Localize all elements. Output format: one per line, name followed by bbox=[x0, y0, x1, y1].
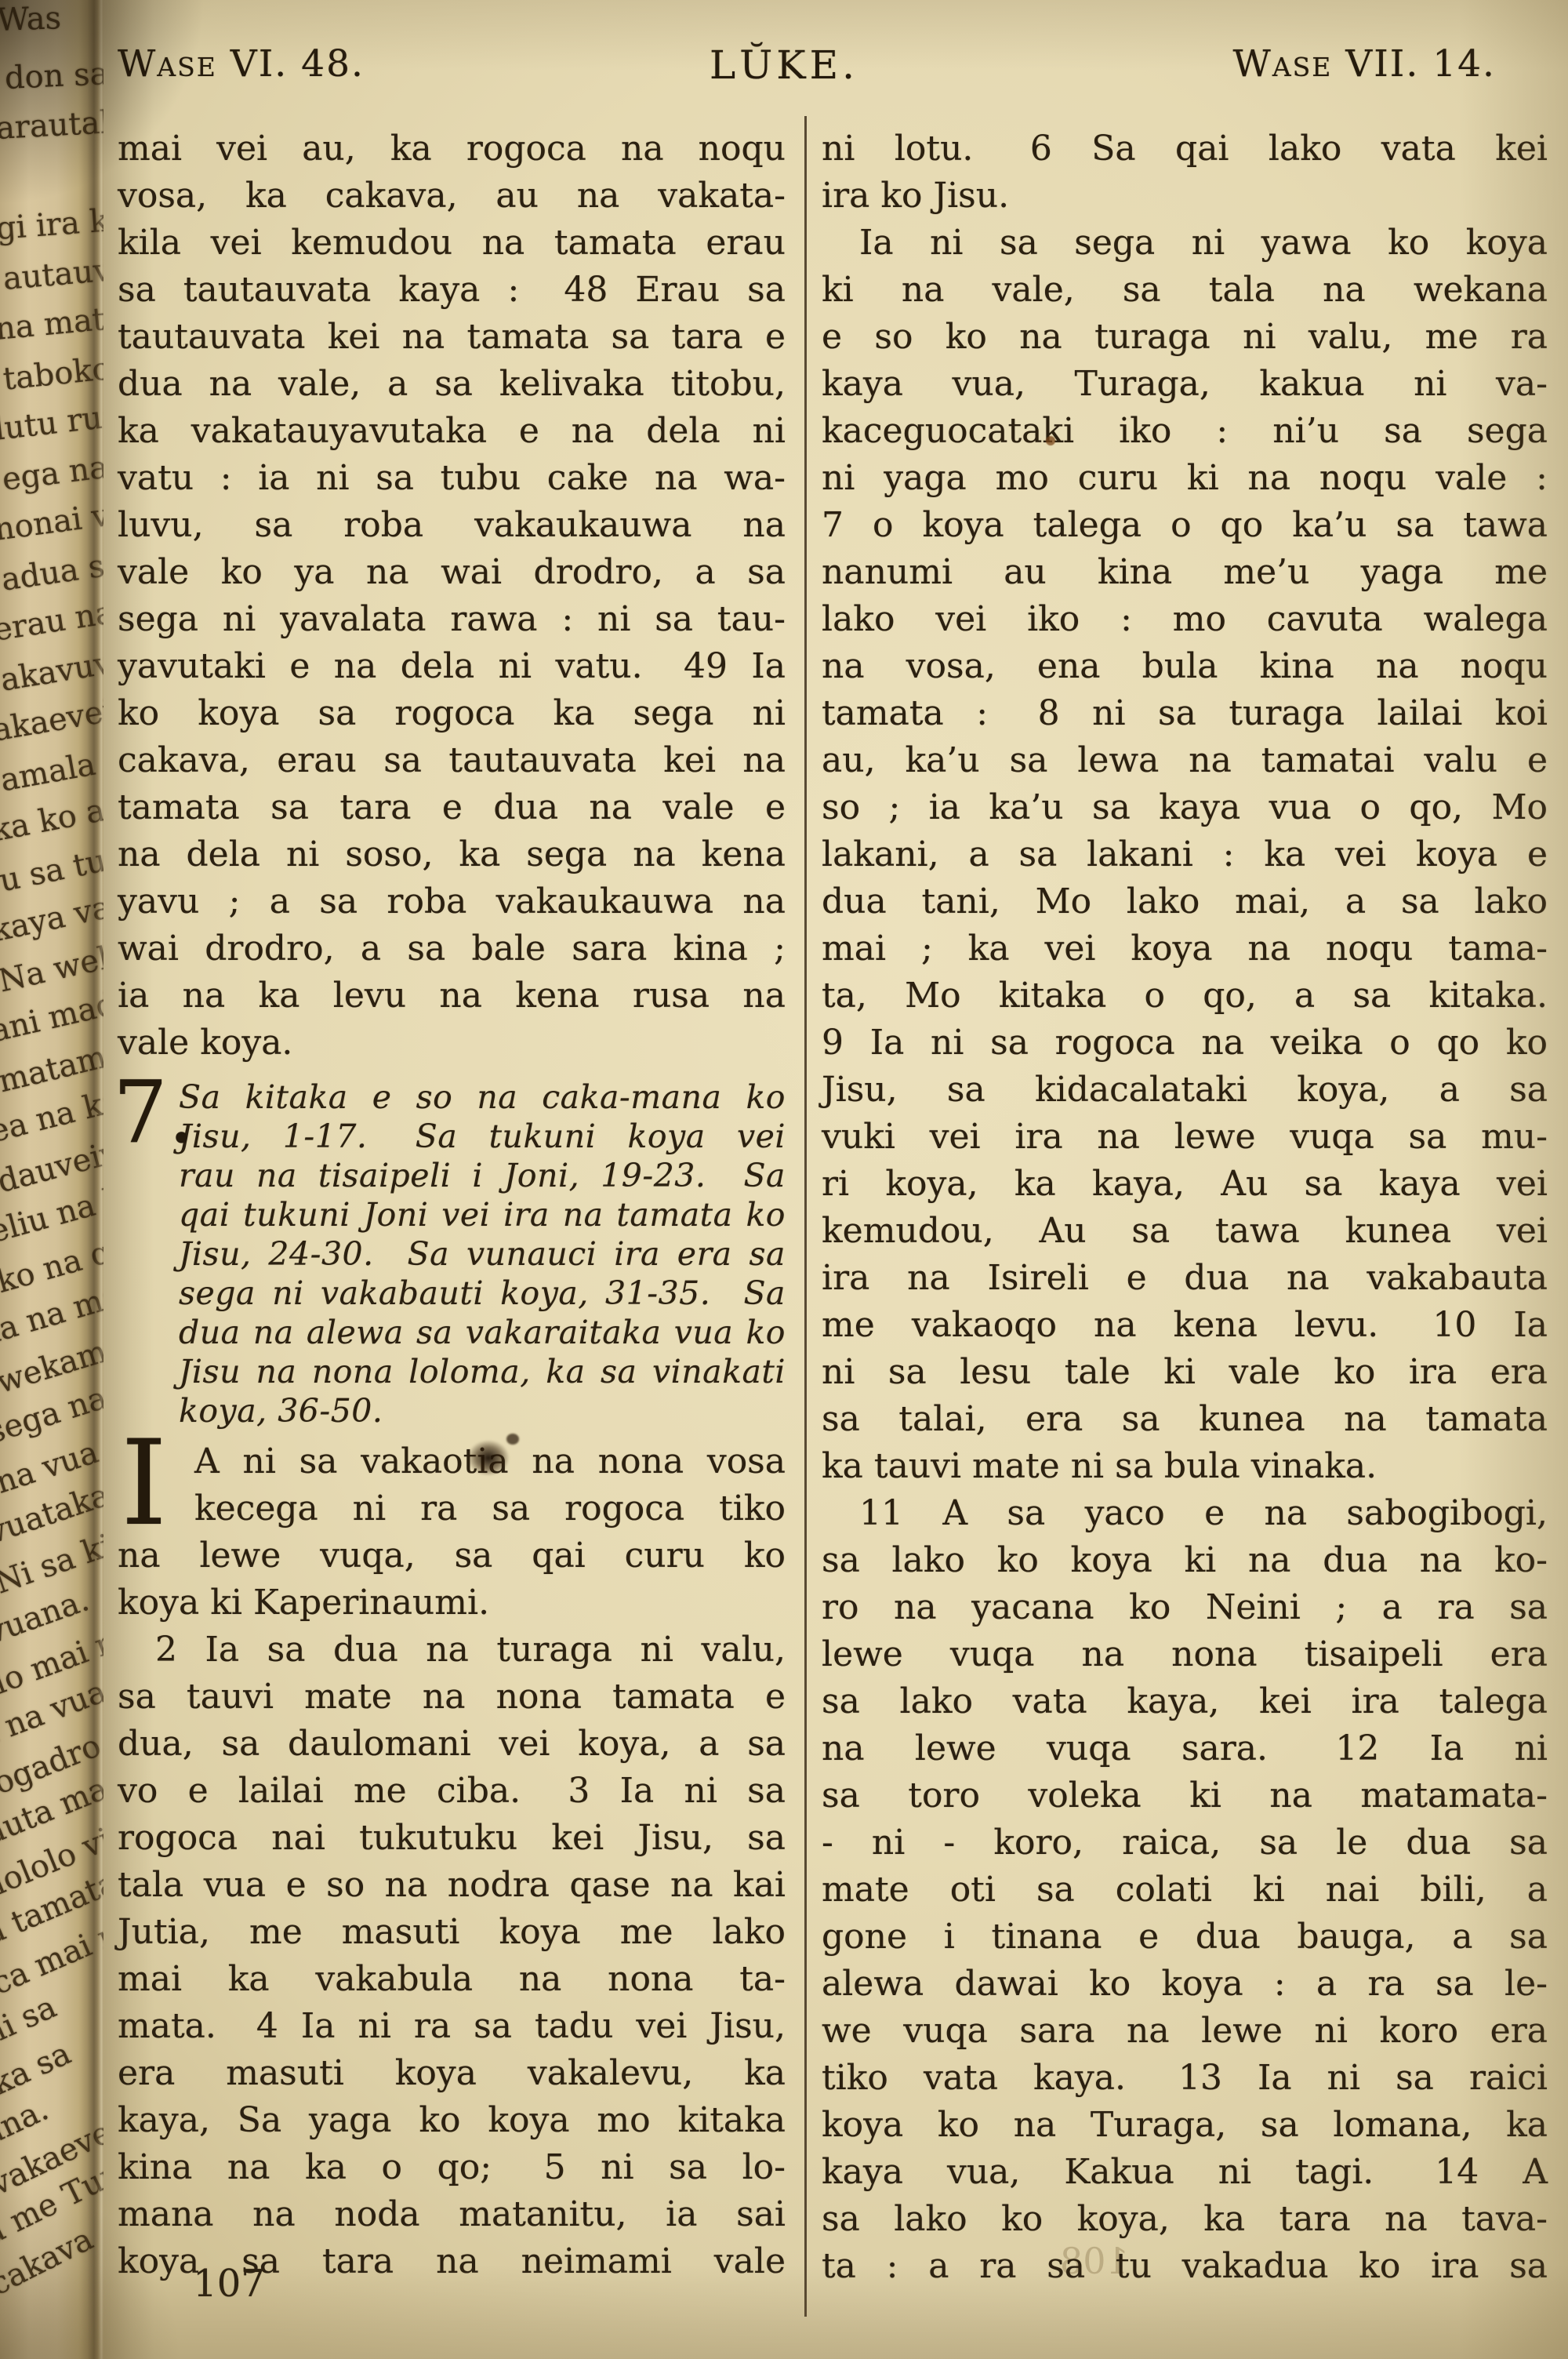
summary-line: Sa kitaka e so na caka-mana ko bbox=[179, 1078, 786, 1117]
summary-line: dua na alewa sa vakaraitaka vua ko bbox=[179, 1313, 786, 1352]
text-line: sega ni yavalata rawa : ni sa tau- bbox=[118, 596, 786, 643]
edge-text-fragment: Was bbox=[0, 2, 62, 36]
text-line: vo e lailai me ciba. 3 Ia ni sa bbox=[118, 1768, 786, 1815]
text-line: 11 A sa yaco e na sabogibogi, bbox=[822, 1490, 1548, 1537]
summary-line: sega ni vakabauti koya, 31-35. Sa bbox=[179, 1274, 786, 1313]
text-line: lako vei iko : mo cavuta walega bbox=[822, 596, 1548, 643]
text-line: Ia ni sa sega ni yawa ko koya bbox=[822, 220, 1548, 267]
text-line: mai ka vakabula na nona ta- bbox=[118, 1956, 786, 2003]
text-line: kemudou, Au sa tawa kunea vei bbox=[822, 1208, 1548, 1255]
text-line: ira ko Jisu. bbox=[822, 173, 1548, 220]
text-line: koya ko na Turaga, sa lomana, ka bbox=[822, 2102, 1548, 2149]
left-paragraph-2: I A ni sa vakaotia na nona vosakecega ni… bbox=[118, 1438, 786, 2285]
text-line: 7 o koya talega o qo ka’u sa tawa bbox=[822, 502, 1548, 549]
right-column: ni lotu. 6 Sa qai lako vata keiira ko Ji… bbox=[822, 125, 1548, 2290]
text-line: dua na vale, a sa kelivaka titobu, bbox=[118, 361, 786, 408]
right-column-lines: ni lotu. 6 Sa qai lako vata keiira ko Ji… bbox=[822, 125, 1548, 2290]
facing-page-edge: Wasdon saarautakigi ira koautauvatana ma… bbox=[0, 0, 103, 2359]
text-line: ka tauvi mate ni sa bula vinaka. bbox=[822, 1443, 1548, 1490]
text-line: ro na yacana ko Neini ; a ra sa bbox=[822, 1584, 1548, 1631]
text-line: lakani, a sa lakani : ka vei koya e bbox=[822, 831, 1548, 878]
text-line: tamata : 8 ni sa turaga lailai koi bbox=[822, 690, 1548, 737]
text-line: ia na ka levu na kena rusa na bbox=[118, 972, 786, 1020]
text-line: gone i tinana e dua bauga, a sa bbox=[822, 1914, 1548, 1961]
left-paragraph-2-lines: A ni sa vakaotia na nona vosakecega ni r… bbox=[118, 1438, 786, 2285]
page-number: 107 bbox=[111, 2262, 347, 2306]
text-line: dua, sa daulomani vei koya, a sa bbox=[118, 1721, 786, 1768]
summary-line: Jisu, 1-17. Sa tukuni koya vei bbox=[179, 1117, 786, 1156]
text-line: rogoca nai tukutuku kei Jisu, sa bbox=[118, 1815, 786, 1862]
text-line: ni lotu. 6 Sa qai lako vata kei bbox=[822, 125, 1548, 173]
text-line: tala vua e so na nodra qase na kai bbox=[118, 1862, 786, 1909]
summary-line: qai tukuni Joni vei ira na tamata ko bbox=[179, 1195, 786, 1234]
text-line: vatu : ia ni sa tubu cake na wa- bbox=[118, 455, 786, 502]
page-fold-shadow-icon bbox=[78, 0, 103, 2359]
left-column: mai vei au, ka rogoca na noquvosa, ka ca… bbox=[118, 125, 786, 2285]
text-line: ta, Mo kitaka o qo, a sa kitaka. bbox=[822, 972, 1548, 1020]
text-line: 9 Ia ni sa rogoca na veika o qo ko bbox=[822, 1020, 1548, 1067]
chapter-summary-lines: Sa kitaka e so na caka-mana koJisu, 1-17… bbox=[179, 1078, 786, 1430]
text-line: vosa, ka cakava, au na vakata- bbox=[118, 173, 786, 220]
text-line: mai ; ka vei koya na noqu tama- bbox=[822, 925, 1548, 972]
text-line: tamata sa tara e dua na vale e bbox=[118, 784, 786, 831]
text-line: ni sa lesu tale ki vale ko ira era bbox=[822, 1349, 1548, 1396]
text-line: mai vei au, ka rogoca na noqu bbox=[118, 125, 786, 173]
text-line: tautauvata kei na tamata sa tara e bbox=[118, 314, 786, 361]
summary-line: Jisu na nona loloma, ka sa vinakati bbox=[179, 1352, 786, 1391]
text-line: vale ko ya na wai drodro, a sa bbox=[118, 549, 786, 596]
text-line: tiko vata kaya. 13 Ia ni sa raici bbox=[822, 2055, 1548, 2102]
text-line: sa toro voleka ki na matamata- bbox=[822, 1772, 1548, 1819]
chapter-7-summary: 7. Sa kitaka e so na caka-mana koJisu, 1… bbox=[179, 1078, 786, 1430]
text-line: me vakaoqo na kena levu. 10 Ia bbox=[822, 1302, 1548, 1349]
running-head-right: Wase VII. 14. bbox=[1233, 42, 1496, 85]
text-line: na vosa, ena bula kina na noqu bbox=[822, 643, 1548, 690]
text-line: sa tautauvata kaya : 48 Erau sa bbox=[118, 267, 786, 314]
text-line: cakava, erau sa tautauvata kei na bbox=[118, 737, 786, 784]
text-line: ko koya sa rogoca ka sega ni bbox=[118, 690, 786, 737]
text-line: kaceguocataki iko : ni’u sa sega bbox=[822, 408, 1548, 455]
text-line: kaya vua, Kakua ni tagi. 14 A bbox=[822, 2149, 1548, 2196]
text-line: dua tani, Mo lako mai, a sa lako bbox=[822, 878, 1548, 925]
text-line: so ; ia ka’u sa kaya vua o qo, Mo bbox=[822, 784, 1548, 831]
text-line: sa lako ko koya ki na dua na ko- bbox=[822, 1537, 1548, 1584]
text-line: nanumi au kina me’u yaga me bbox=[822, 549, 1548, 596]
text-line: yavu ; a sa roba vakaukauwa na bbox=[118, 878, 786, 925]
text-line: kila vei kemudou na tamata erau bbox=[118, 220, 786, 267]
left-paragraph-1: mai vei au, ka rogoca na noquvosa, ka ca… bbox=[118, 125, 786, 1067]
summary-line: rau na tisaipeli i Joni, 19-23. Sa bbox=[179, 1156, 786, 1195]
text-line: alewa dawai ko koya : a ra sa le- bbox=[822, 1961, 1548, 2008]
text-line: ri koya, ka kaya, Au sa kaya vei bbox=[822, 1161, 1548, 1208]
column-divider bbox=[804, 116, 807, 2317]
text-line: na lewe vuqa, sa qai curu ko bbox=[118, 1532, 786, 1579]
text-line: A ni sa vakaotia na nona vosa bbox=[118, 1438, 786, 1485]
text-line: vale koya. bbox=[118, 1020, 786, 1067]
text-line: vuki vei ira na lewe vuqa sa mu- bbox=[822, 1114, 1548, 1161]
chapter-number: 7. bbox=[113, 1073, 195, 1151]
text-line: we vuqa sara na lewe ni koro era bbox=[822, 2008, 1548, 2055]
text-line: ni yaga mo curu ki na noqu vale : bbox=[822, 455, 1548, 502]
book-page-scan: Wasdon saarautakigi ira koautauvatana ma… bbox=[0, 0, 1568, 2359]
text-line: sa talai, era sa kunea na tamata bbox=[822, 1396, 1548, 1443]
text-line: kaya, Sa yaga ko koya mo kitaka bbox=[118, 2097, 786, 2144]
text-line: yavutaki e na dela ni vatu. 49 Ia bbox=[118, 643, 786, 690]
text-line: ta : a ra sa tu vakadua ko ira sa bbox=[822, 2243, 1548, 2290]
text-line: wai drodro, a sa bale sara kina ; bbox=[118, 925, 786, 972]
text-line: era masuti koya vakalevu, ka bbox=[118, 2050, 786, 2097]
text-line: sa lako vata kaya, kei ira talega bbox=[822, 1678, 1548, 1725]
text-line: na dela ni soso, ka sega na kena bbox=[118, 831, 786, 878]
text-line: kina na ka o qo; 5 ni sa lo- bbox=[118, 2144, 786, 2191]
text-line: ka vakatauyavutaka e na dela ni bbox=[118, 408, 786, 455]
ink-blot-small bbox=[506, 1434, 519, 1445]
text-line: Jisu, sa kidacalataki koya, a sa bbox=[822, 1067, 1548, 1114]
text-line: sa lako ko koya, ka tara na tava- bbox=[822, 2196, 1548, 2243]
text-line: mana na noda matanitu, ia sai bbox=[118, 2191, 786, 2238]
ink-blot bbox=[467, 1440, 510, 1476]
text-line: mate oti sa colati ki nai bili, a bbox=[822, 1866, 1548, 1914]
summary-line: koya, 36-50. bbox=[179, 1391, 786, 1430]
text-line: ira na Isireli e dua na vakabauta bbox=[822, 1255, 1548, 1302]
text-line: ki na vale, sa tala na wekana bbox=[822, 267, 1548, 314]
text-line: e so ko na turaga ni valu, me ra bbox=[822, 314, 1548, 361]
text-line: mata. 4 Ia ni ra sa tadu vei Jisu, bbox=[118, 2003, 786, 2050]
text-line: kaya vua, Turaga, kakua ni va- bbox=[822, 361, 1548, 408]
text-line: na lewe vuqa sara. 12 Ia ni bbox=[822, 1725, 1548, 1772]
paper-speck bbox=[1046, 436, 1055, 445]
summary-line: Jisu, 24-30. Sa vunauci ira era sa bbox=[179, 1234, 786, 1274]
text-line: Jutia, me masuti koya me lako bbox=[118, 1909, 786, 1956]
text-line: - ni - koro, raica, sa le dua sa bbox=[822, 1819, 1548, 1866]
text-line: koya ki Kaperinaumi. bbox=[118, 1579, 786, 1627]
text-line: sa tauvi mate na nona tamata e bbox=[118, 1674, 786, 1721]
text-line: 2 Ia sa dua na turaga ni valu, bbox=[118, 1627, 786, 1674]
text-line: lewe vuqa na nona tisaipeli era bbox=[822, 1631, 1548, 1678]
text-line: luvu, sa roba vakaukauwa na bbox=[118, 502, 786, 549]
drop-cap-initial: I bbox=[121, 1437, 167, 1531]
text-line: kecega ni ra sa rogoca tiko bbox=[118, 1485, 786, 1532]
text-line: au, ka’u sa lewa na tamatai valu e bbox=[822, 737, 1548, 784]
